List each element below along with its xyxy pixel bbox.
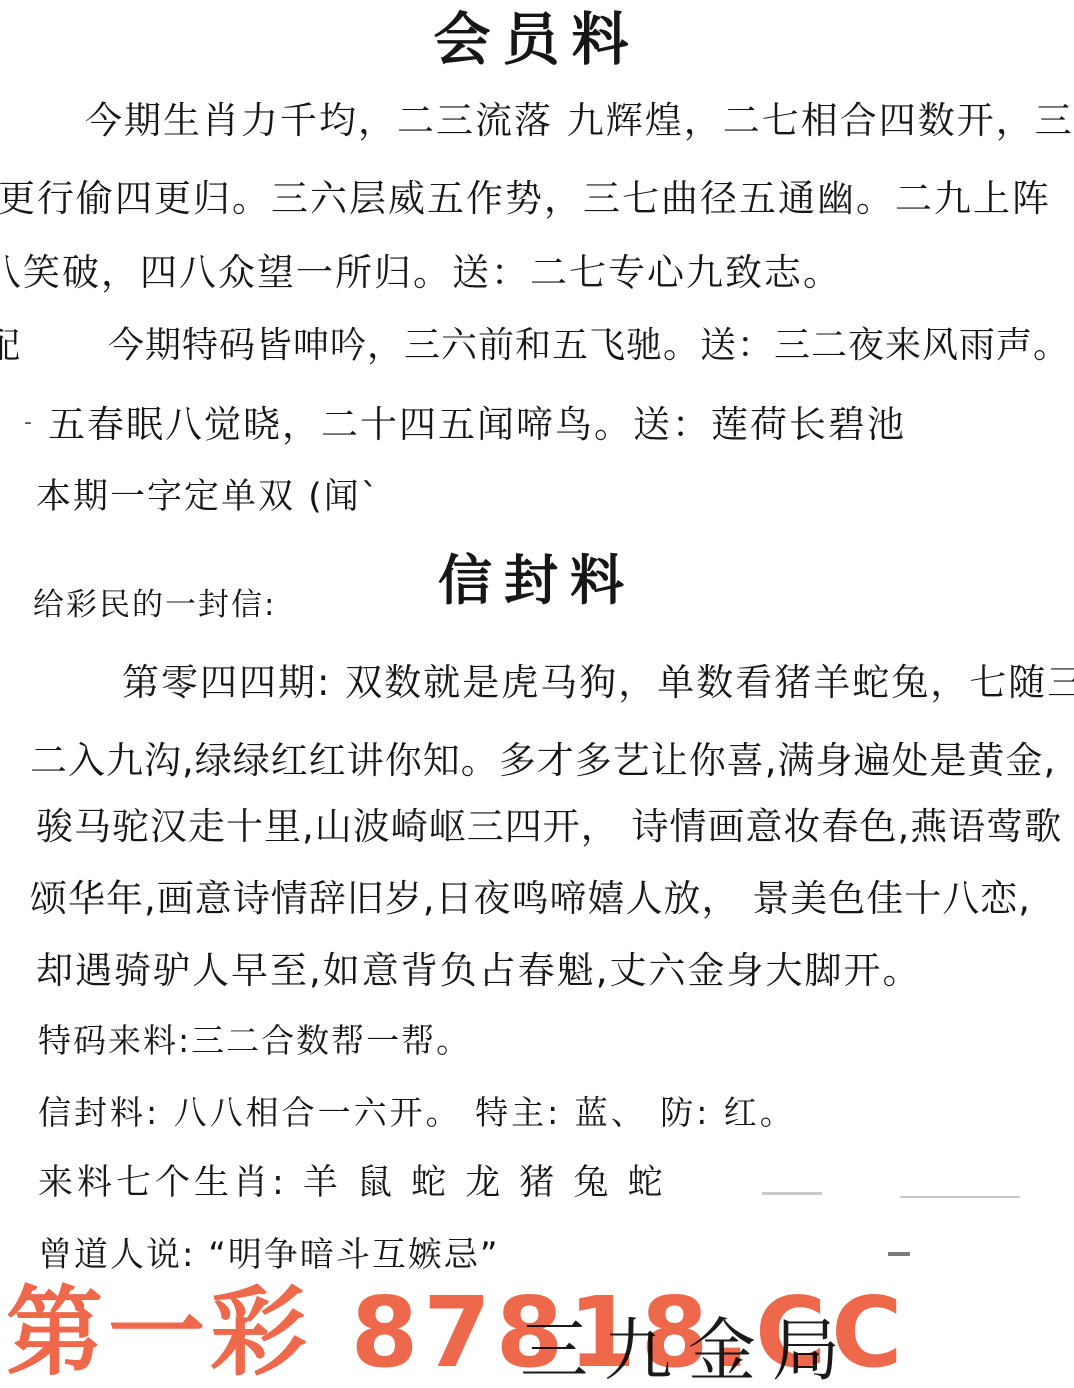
envelope-line-2: 二入九沟,绿绿红红讲你知。多才多艺让你喜,满身遍处是黄金, [30,742,1056,779]
member-section-title: 会员料 [434,12,641,69]
scanned-lottery-sheet: { "document": { "member_section": { "tit… [0,0,1074,1388]
envelope-tip-line: 信封料: 八八相合一六开。 特主: 蓝、 防: 红。 [38,1096,796,1129]
member-line-3: 八笑破，四八众望一所归。送：二七专心九致志。 [0,254,842,291]
member-line-6: 本期一字定单双 (闻` [36,480,380,515]
quote-line: 曾道人说: “明争暗斗互嫉忌” [38,1238,500,1272]
envelope-line-5: 却遇骑驴人早至,如意背负占春魁,丈六金身大脚开。 [36,952,922,989]
bottom-section-title: 三九金局 [520,1318,856,1386]
envelope-line-3: 骏马驼汉走十里,山波崎岖三四开， 诗情画意妆春色,燕语莺歌 [36,808,1062,845]
member-line-5: 五春眠八觉晓，二十四五闻啼鸟。送：莲荷长碧池 [48,406,906,443]
member-line-2: 更行偷四更归。三六层威五作势，三七曲径五通幽。二九上阵 [0,180,1051,217]
scan-artifact [888,1252,910,1256]
special-code-line: 特码来料:三二合数帮一帮。 [38,1024,471,1057]
envelope-line-4: 颂华年,画意诗情辞旧岁,日夜鸣啼嬉人放， 景美色佳十八恋, [30,880,1031,917]
envelope-line-1: 第零四四期: 双数就是虎马狗，单数看猪羊蛇兔，七随三 [122,664,1074,701]
member-line-1: 今期生肖力千均，二三流落 九辉煌，二七相合四数开，三 [85,102,1074,139]
member-line-5-dash: - [24,412,34,434]
member-line-4-prefix: 配 [0,330,22,365]
envelope-side-label: 给彩民的一封信: [33,590,276,621]
zodiac-line: 来料七个生肖: 羊 鼠 蛇 龙 猪 兔 蛇 [38,1166,667,1201]
scan-artifact [900,1196,1020,1198]
envelope-section-title: 信封料 [438,554,636,608]
member-line-4: 今期特码皆呻吟，三六前和五飞驰。送：三二夜来风雨声。 [108,328,1070,364]
scan-artifact [762,1192,822,1195]
